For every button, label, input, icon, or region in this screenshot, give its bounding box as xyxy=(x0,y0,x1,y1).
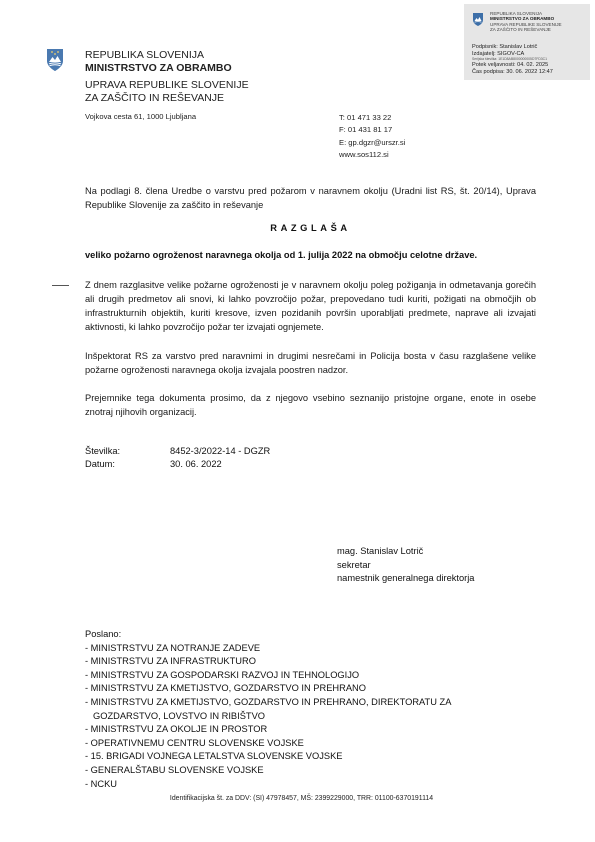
republic-name: REPUBLIKA SLOVENIJA xyxy=(85,49,249,62)
slovenia-coat-of-arms-icon xyxy=(46,48,64,72)
paragraph-recipients: Prejemnike tega dokumenta prosimo, da z … xyxy=(85,391,536,419)
digital-signature-stamp: REPUBLIKA SLOVENIJA MINISTRSTVO ZA OBRAM… xyxy=(464,4,590,80)
organization-header: REPUBLIKA SLOVENIJA MINISTRSTVO ZA OBRAM… xyxy=(85,49,249,105)
document-meta: Številka: 8452-3/2022-14 - DGZR Datum: 3… xyxy=(85,445,270,471)
number-label: Številka: xyxy=(85,445,170,458)
agency-name-line1: UPRAVA REPUBLIKE SLOVENIJE xyxy=(85,79,249,92)
recipients-label: Poslano: xyxy=(85,628,451,642)
number-value: 8452-3/2022-14 - DGZR xyxy=(170,445,270,458)
announcement-subject: veliko požarno ogroženost naravnega okol… xyxy=(85,250,545,260)
recipient-item: - MINISTRSTVU ZA INFRASTRUKTURO xyxy=(85,655,451,669)
ministry-name: MINISTRSTVO ZA OBRAMBO xyxy=(85,62,249,75)
recipient-item: - GENERALŠTABU SLOVENSKE VOJSKE xyxy=(85,764,451,778)
signer-role: sekretar xyxy=(337,559,474,573)
paragraph-supervision: Inšpektorat RS za varstvo pred naravnimi… xyxy=(85,349,536,377)
slovenia-coat-of-arms-icon xyxy=(472,12,484,27)
stamp-issuer: Izdajatelj: SIGOV-CA xyxy=(472,51,553,58)
recipient-item: - MINISTRSTVU ZA KMETIJSTVO, GOZDARSTVO … xyxy=(85,682,451,696)
stamp-signer: Podpisnik: Stanislav Lotrič xyxy=(472,44,553,51)
recipient-item: - NCKU xyxy=(85,778,451,792)
signer-role: namestnik generalnega direktorja xyxy=(337,572,474,586)
footer: Identifikacijska št. za DDV: (SI) 479784… xyxy=(0,795,595,802)
recipient-item: - MINISTRSTVU ZA NOTRANJE ZADEVE xyxy=(85,642,451,656)
email-link[interactable]: E: gp.dgzr@urszr.si xyxy=(339,137,405,149)
paragraph-prohibitions: Z dnem razglasitve velike požarne ogrože… xyxy=(85,278,536,334)
recipient-item: - OPERATIVNEMU CENTRU SLOVENSKE VOJSKE xyxy=(85,737,451,751)
stamp-signed-at: Čas podpisa: 30. 06. 2022 12:47 xyxy=(472,69,553,76)
contact-info: T: 01 471 33 22 F: 01 431 81 17 E: gp.dg… xyxy=(339,112,405,162)
stamp-org-line: ZA ZAŠČITO IN REŠEVANJE xyxy=(490,27,562,32)
date-label: Datum: xyxy=(85,458,170,471)
agency-name-line2: ZA ZAŠČITO IN REŠEVANJE xyxy=(85,92,249,105)
footer-identification: Identifikacijska št. za DDV: (SI) 479784… xyxy=(170,795,433,802)
stamp-validity: Potek veljavnosti: 04. 02. 2025 xyxy=(472,62,553,69)
website-link[interactable]: www.sos112.si xyxy=(339,149,405,161)
recipient-item: - MINISTRSTVU ZA KMETIJSTVO, GOZDARSTVO … xyxy=(85,696,451,710)
recipient-item: - 15. BRIGADI VOJNEGA LETALSTVA SLOVENSK… xyxy=(85,750,451,764)
margin-mark xyxy=(52,285,69,286)
announcement-heading: RAZGLAŠA xyxy=(85,223,536,233)
fax: F: 01 431 81 17 xyxy=(339,124,405,136)
signer-block: mag. Stanislav Lotrič sekretar namestnik… xyxy=(337,545,474,586)
recipient-item: - MINISTRSTVU ZA GOSPODARSKI RAZVOJ IN T… xyxy=(85,669,451,683)
recipient-item-continuation: GOZDARSTVO, LOVSTVO IN RIBIŠTVO xyxy=(85,710,451,724)
recipient-item: - MINISTRSTVU ZA OKOLJE IN PROSTOR xyxy=(85,723,451,737)
date-value: 30. 06. 2022 xyxy=(170,458,222,471)
address: Vojkova cesta 61, 1000 Ljubljana xyxy=(85,112,196,121)
phone: T: 01 471 33 22 xyxy=(339,112,405,124)
intro-paragraph: Na podlagi 8. člena Uredbe o varstvu pre… xyxy=(85,184,536,212)
recipients-list: Poslano: - MINISTRSTVU ZA NOTRANJE ZADEV… xyxy=(85,628,451,791)
signer-name: mag. Stanislav Lotrič xyxy=(337,545,474,559)
